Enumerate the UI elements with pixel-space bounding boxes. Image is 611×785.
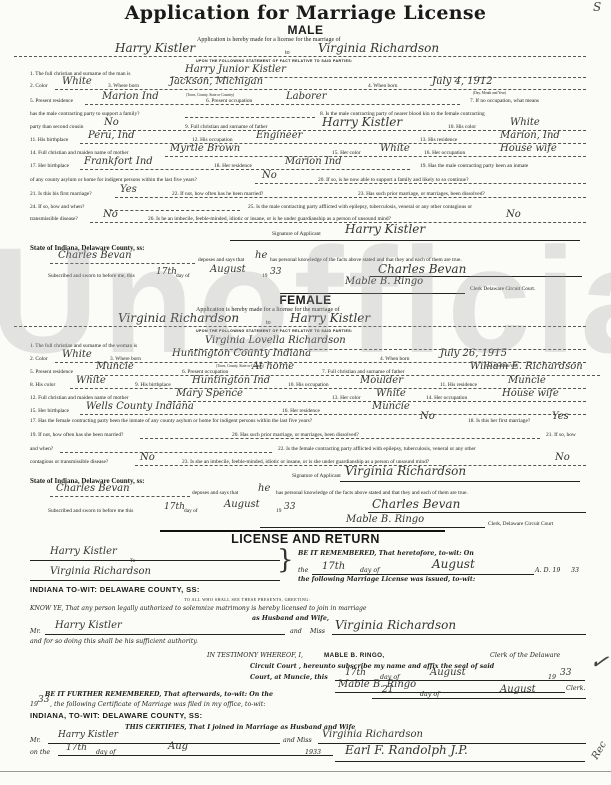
male-to-label: to <box>285 50 290 56</box>
license-and-label: and <box>290 628 302 635</box>
male-affidavit-deponent-line <box>50 263 195 264</box>
license-further-month: August <box>500 684 536 695</box>
female-q17-value: No <box>420 411 435 422</box>
female-affidavit-affiant-line <box>368 512 586 513</box>
female-q15-value: Wells County Indiana <box>86 401 194 412</box>
male-q10-value: White <box>510 117 540 128</box>
license-testimony-b: Clerk of the Delaware <box>490 652 560 659</box>
male-q12-value: Engineer <box>256 130 302 141</box>
female-affidavit-deponent-line <box>50 496 190 497</box>
male-q21-line <box>115 197 586 198</box>
female-affidavit-year-prefix: 19 <box>276 508 281 514</box>
female-q14-value: House wife <box>502 388 559 399</box>
male-q4-caption: (Day, Month and Year) <box>473 91 506 95</box>
female-q18-value: Yes <box>552 411 569 422</box>
certificate-miss-value: Virginia Richardson <box>322 729 423 740</box>
license-filed-text: , the following Certificate of Marriage … <box>50 701 265 708</box>
male-affidavit-clerk-signature: Mable B. Ringo <box>345 276 423 287</box>
male-q26-value: No <box>506 209 521 220</box>
female-q18-label: 18. Is this her first marriage? <box>468 418 530 424</box>
certificate-officiant-line <box>335 761 585 762</box>
female-affidavit-month: August <box>224 499 260 510</box>
male-q11-value: Peru, Ind <box>88 130 135 141</box>
certificate-county-heading: INDIANA, TO-WIT: DELAWARE COUNTY, SS: <box>30 711 203 720</box>
female-affidavit-day-of: day of <box>184 508 198 514</box>
male-q3-caption: (Town, County, State or Country) <box>186 93 234 97</box>
male-q17-label: 17. Her birthplace <box>30 163 69 169</box>
male-q5-line <box>85 104 460 105</box>
license-ad-label: A. D. 19 <box>535 567 560 574</box>
male-q13-value: Marion, Ind <box>500 130 560 141</box>
female-affidavit-deponent: Charles Bevan <box>56 483 130 494</box>
female-q8-label: 8. His color <box>30 382 55 388</box>
male-q14-line <box>165 156 586 157</box>
female-party-a: Virginia Richardson <box>118 311 239 325</box>
male-q25-label: 25. Is the male contracting party afflic… <box>248 204 472 210</box>
license-further-day-of: day of <box>420 691 439 698</box>
license-month: August <box>432 557 475 571</box>
male-q19-cont: of any county asylum or home for indigen… <box>30 177 197 183</box>
male-q8-value: No <box>104 117 119 128</box>
male-signature-value: Harry Kistler <box>345 222 425 236</box>
license-to-label: To <box>130 559 135 564</box>
license-miss-line <box>332 634 586 635</box>
female-parties-line <box>14 326 586 327</box>
male-q8-cont: party than second cousin <box>30 124 83 130</box>
female-signature-label: Signature of Applicant <box>292 473 341 479</box>
male-q19-value: No <box>262 170 277 181</box>
license-miss-value: Virginia Richardson <box>335 618 456 632</box>
female-heading: FEMALE <box>0 293 611 307</box>
male-affidavit-deposes: deposes and says that <box>198 257 244 263</box>
female-signature-value: Virginia Richardson <box>345 464 466 478</box>
license-know-ye: KNOW YE, That any person legally authori… <box>30 605 367 612</box>
male-q1-value: Harry Junior Kistler <box>185 64 286 75</box>
male-q21-label: 21. Is this his first marriage? <box>30 191 92 197</box>
female-q5-label: 5. Present residence <box>30 369 73 375</box>
license-mr-label: Mr. <box>30 628 41 635</box>
certificate-officiant-signature: Earl F. Randolph J.P. <box>345 743 468 757</box>
male-q24-label: 24. If so, how and when? <box>30 204 84 210</box>
male-party-a: Harry Kistler <box>115 41 195 55</box>
license-testimony-a: IN TESTIMONY WHEREOF, I, <box>207 652 303 659</box>
female-affidavit-affiant-signature: Charles Bevan <box>372 497 460 511</box>
male-q24-line <box>110 210 240 211</box>
male-party-b: Virginia Richardson <box>318 41 439 55</box>
male-q14-value: Myrtle Brown <box>170 143 240 154</box>
certificate-certifies: THIS CERTIFIES, That I joined in Marriag… <box>125 724 355 731</box>
male-q3-value: Jackson, Michigan <box>170 76 263 87</box>
female-q19-label: 19. If not, how often has she been marri… <box>30 432 123 438</box>
male-q7-label: 7. If no occupation, what means <box>470 98 539 104</box>
license-further-line <box>372 698 586 699</box>
female-q2-label: 2. Color <box>30 356 48 362</box>
license-bride-line <box>30 580 280 581</box>
female-q22-cont: contagious or transmissible disease? <box>30 459 108 465</box>
female-affidavit-day: 17th <box>164 502 185 512</box>
license-clerk-signature: Mable B. Ringo <box>338 679 416 690</box>
license-sufficient: and for so doing this shall be his suffi… <box>30 638 198 645</box>
male-q11-label: 11. His birthplace <box>30 137 68 143</box>
male-signature-label: Signature of Applicant <box>272 231 321 237</box>
female-affidavit-knowledge: has personal knowledge of the facts abov… <box>276 490 468 496</box>
male-q7-line <box>185 117 315 118</box>
check-mark-icon: ✓ <box>588 649 610 677</box>
license-groom-line <box>30 560 280 561</box>
female-q17-label: 17. Has the female contracting party bee… <box>30 418 312 424</box>
male-affidavit-affiant-signature: Charles Bevan <box>378 262 466 276</box>
license-mr-value: Harry Kistler <box>55 620 122 631</box>
male-affidavit-year: 33 <box>270 267 281 277</box>
certificate-and-miss-label: and Miss <box>283 737 312 744</box>
certificate-mr-value: Harry Kistler <box>58 730 118 740</box>
license-testimony-year: 33 <box>560 668 571 678</box>
female-statement-caption: UPON THE FOLLOWING STATEMENT OF FACT REL… <box>196 329 353 333</box>
male-q2-value: White <box>62 76 92 87</box>
certificate-date-line <box>58 755 333 756</box>
license-date-line <box>312 574 534 575</box>
female-affidavit-clerk-line <box>260 527 485 528</box>
female-q22-value: No <box>140 452 155 463</box>
male-q2-line <box>55 89 586 90</box>
female-q15-label: 15. Her birthplace <box>30 408 69 414</box>
female-affidavit-year: 33 <box>284 502 295 512</box>
male-q25-line <box>90 222 586 223</box>
female-q6-value: At home <box>252 361 294 372</box>
male-heading: MALE <box>0 23 611 37</box>
female-q9-value: Huntington Ind <box>192 375 270 386</box>
male-q4-value: July 4, 1912 <box>432 76 493 87</box>
license-testimony-d: Court, at Muncie, this <box>250 674 328 681</box>
female-affidavit-pronoun: he <box>258 483 270 494</box>
license-greeting: TO ALL WHO SHALL SEE THESE PRESENTS, GRE… <box>184 597 310 602</box>
female-party-b: Harry Kistler <box>290 311 370 325</box>
male-q21-value: Yes <box>120 184 137 195</box>
male-q17-value: Frankfort Ind <box>84 156 153 167</box>
document-title: Application for Marriage License <box>0 2 611 24</box>
male-affidavit-day: 17th <box>156 267 177 277</box>
female-q5-value: Muncie <box>96 361 134 372</box>
license-testimony-day: 17th <box>345 668 366 678</box>
female-affidavit-clerk-title: Clerk, Delaware Circuit Court <box>488 521 553 527</box>
male-q15-value: White <box>380 143 410 154</box>
male-parties-line <box>14 56 586 57</box>
license-day-of: day of <box>360 567 379 574</box>
license-further: BE IT FURTHER REMEMBERED, That afterward… <box>45 691 273 698</box>
license-brace: } <box>277 545 294 575</box>
license-mr-line <box>45 634 285 635</box>
license-heading: LICENSE AND RETURN <box>0 532 611 546</box>
female-q21-label: 21. If so, how <box>546 432 576 438</box>
female-q22-label: 22. Is the female contracting party affl… <box>278 446 476 452</box>
female-q19-line <box>140 438 540 439</box>
female-affidavit-deposes: deposes and says that <box>192 490 238 496</box>
female-q12-value: Mary Spence <box>176 388 243 399</box>
margin-scribble: Rec <box>590 739 609 761</box>
male-affidavit-month: August <box>210 264 246 275</box>
certificate-on-the-label: on the <box>30 749 50 756</box>
female-q11-value: Muncie <box>508 375 546 386</box>
male-statement-caption: UPON THE FOLLOWING STATEMENT OF FACT REL… <box>196 59 353 63</box>
male-affidavit-day-of: day of <box>176 273 190 279</box>
male-q19-line <box>255 183 586 184</box>
female-q10-value: Moulder <box>360 375 403 386</box>
license-bride: Virginia Richardson <box>50 566 151 577</box>
license-groom: Harry Kistler <box>50 546 117 557</box>
male-signature-line <box>230 240 580 241</box>
license-testimony-month: August <box>430 667 466 678</box>
license-ad-year: 33 <box>571 567 579 574</box>
license-county-heading: INDIANA TO-WIT: DELAWARE COUNTY, SS: <box>30 585 200 594</box>
certificate-month: Aug <box>168 741 188 752</box>
female-affidavit-clerk-signature: Mable B. Ringo <box>346 514 424 525</box>
license-further-day: 21 <box>382 685 393 695</box>
female-q8-value: White <box>76 375 106 386</box>
license-filed-year: 33 <box>38 695 49 705</box>
license-the-label: the <box>298 567 308 574</box>
male-q18-value: Marion Ind <box>285 156 342 167</box>
female-signature-line <box>340 481 580 482</box>
male-q6-value: Laborer <box>286 91 327 102</box>
male-q5-label: 5. Present residence <box>30 98 73 104</box>
female-q21-line <box>60 452 272 453</box>
license-husband-wife: as Husband and Wife, <box>252 615 329 622</box>
female-to-label: to <box>266 320 271 326</box>
female-q23-value: No <box>555 452 570 463</box>
license-day: 17th <box>322 561 345 572</box>
female-q1-value: Virginia Lovella Richardson <box>205 335 346 346</box>
marriage-license-document: Unofficial S Application for Marriage Li… <box>0 0 611 785</box>
male-affidavit-deponent: Charles Bevan <box>58 250 132 261</box>
male-q25-cont: transmissible disease? <box>30 216 78 222</box>
male-q25-value: No <box>103 209 118 220</box>
license-miss-label: Miss <box>310 628 325 635</box>
license-remembered: BE IT REMEMBERED, That heretofore, to-wi… <box>298 550 474 557</box>
male-q9-value: Harry Kistler <box>322 115 402 129</box>
female-q13-value: White <box>376 388 406 399</box>
female-q2-value: White <box>62 349 92 360</box>
male-affidavit-year-prefix: 19 <box>262 273 267 279</box>
page-bottom-edge <box>0 771 611 772</box>
male-q5-value: Marion Ind <box>102 91 159 102</box>
female-q4-value: July 26, 1915 <box>440 348 507 359</box>
license-filed-year-prefix: 19 <box>30 701 38 708</box>
male-affidavit-pronoun: he <box>255 250 267 261</box>
license-issued-text: the following Marriage License was issue… <box>298 576 475 583</box>
license-clerk-label: Clerk. <box>566 685 585 692</box>
male-affidavit-clerk-title: Clerk Delaware Circuit Court. <box>470 286 535 292</box>
female-q21-cont: and when? <box>30 446 53 452</box>
male-q2-label: 2. Color <box>30 83 48 89</box>
female-q16-value: Muncie <box>372 401 410 412</box>
male-q17-line <box>80 169 410 170</box>
male-affidavit-sworn: Subscribed and sworn to before me, this <box>48 273 135 279</box>
male-q16-value: House wife <box>500 143 557 154</box>
license-testimony-name: MABLE B. RINGO, <box>324 652 385 659</box>
male-q7-cont: has the male contracting party to suppor… <box>30 111 140 117</box>
female-q15-line <box>80 414 586 415</box>
female-q3-value: Huntington County Indiana <box>172 348 311 359</box>
certificate-day: 17th <box>66 743 87 753</box>
certificate-mr-label: Mr. <box>30 737 41 744</box>
male-q19-label: 19. Has the male contracting party been … <box>420 163 528 169</box>
female-affidavit-sworn: Subscribed and sworn to before me this <box>48 508 133 514</box>
female-q7-value: William E. Richardson <box>470 361 583 372</box>
